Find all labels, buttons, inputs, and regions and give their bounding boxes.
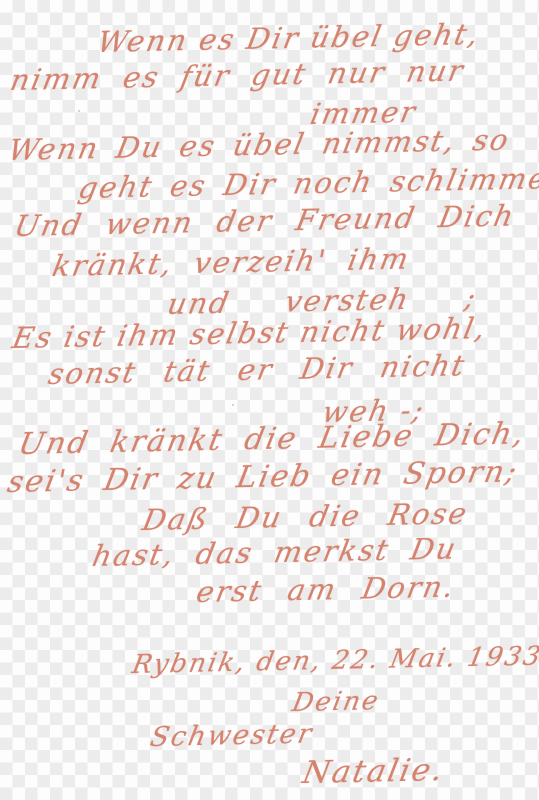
handwriting-line-5: geht es Dir noch schlimmer	[76, 164, 539, 203]
signature-natalie: Natalie.	[300, 755, 447, 789]
handwriting-line-15: hast, das merkst Du	[90, 534, 460, 571]
handwriting-line-9: Es ist ihm selbst nicht wohl,	[10, 314, 489, 353]
handwritten-letter: Wenn es Dir übel geht, nimm es für gut n…	[0, 0, 539, 800]
handwriting-line-14: Daß Du die Rose	[140, 499, 471, 535]
handwriting-line-12: Und kränkt die Liebe Dich,	[16, 419, 528, 460]
handwriting-line-16: erst am Dorn.	[194, 573, 458, 607]
ink-speck	[207, 260, 210, 263]
closing-schwester: Schwester	[148, 721, 316, 751]
handwriting-line-13: sei's Dir zu Lieb ein Sporn;	[5, 457, 521, 498]
dateline: Rybnik, den, 22. Mai. 1933.	[130, 643, 539, 678]
closing-deine: Deine	[290, 688, 382, 716]
handwriting-line-4: Wenn Du es übel nimmst, so	[6, 126, 512, 165]
handwriting-line-10: sonst tät er Dir nicht	[46, 351, 468, 389]
handwriting-line-7: kränkt, verzeih' ihm	[50, 245, 413, 281]
ink-speck	[232, 404, 234, 406]
handwriting-line-6: Und wenn der Freund Dich	[12, 202, 518, 241]
handwriting-line-1: Wenn es Dir übel geht,	[95, 20, 482, 57]
ink-speck	[78, 110, 80, 112]
letter-scan-background: { "letter": { "lines": [ "Wenn es Dir üb…	[0, 0, 539, 800]
handwriting-line-2: nimm es für gut nur nur	[8, 57, 467, 95]
